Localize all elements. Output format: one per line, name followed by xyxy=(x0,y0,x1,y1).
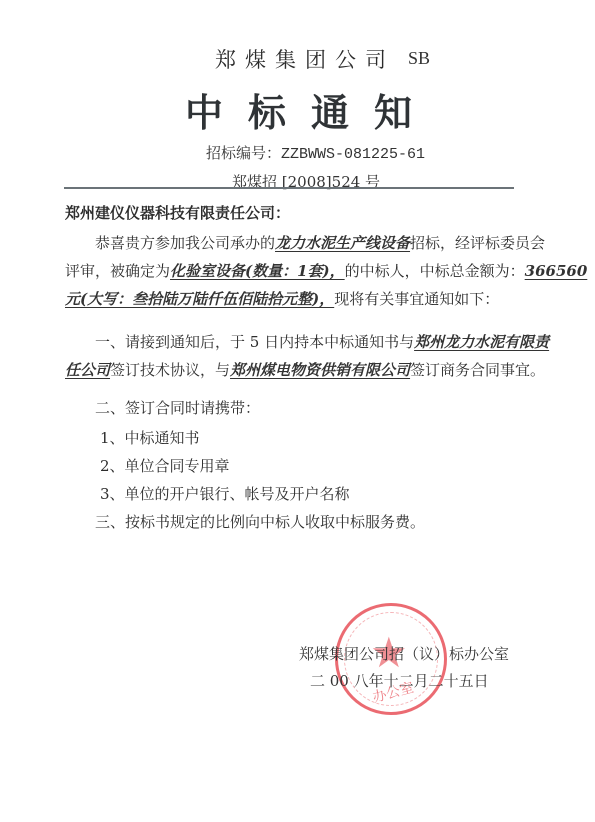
text: 的中标人，中标总金额为： xyxy=(345,262,525,280)
para1-line3: 元(大写：叁拾陆万陆仟伍佰陆拾元整)，现将有关事宜通知如下： xyxy=(65,290,499,308)
item3: 三、按标书规定的比例向中标人收取中标服务费。 xyxy=(95,513,425,531)
addressee: 郑州建仪仪器科技有限责任公司： xyxy=(65,204,290,222)
bid-number-value: ZZBWWS-081225-61 xyxy=(281,146,425,163)
item1-line1: 一、请接到通知后，于 5 日内持本中标通知书与郑州龙力水泥有限责 xyxy=(95,333,549,351)
text: 评审，被确定为 xyxy=(65,262,170,280)
item1-line2: 任公司签订技术协议，与郑州煤电物资供销有限公司签订商务合同事宜。 xyxy=(65,361,545,379)
subitem-3: 3、单位的开户银行、帐号及开户名称 xyxy=(100,485,350,503)
header-divider xyxy=(64,187,514,189)
text: 招标，经评标委员会 xyxy=(410,234,545,252)
company-2: 郑州煤电物资供销有限公司 xyxy=(230,361,410,379)
bid-number-label: 招标编号： xyxy=(206,144,281,162)
text: 一、请接到通知后，于 5 日内持本中标通知书与 xyxy=(95,333,414,351)
subitem-2: 2、单位合同专用章 xyxy=(100,457,230,475)
text: 签订技术协议，与 xyxy=(110,361,230,379)
text: 签订商务合同事宜。 xyxy=(410,361,545,379)
subitem-1: 1、中标通知书 xyxy=(100,429,200,447)
company-1-cont: 任公司 xyxy=(65,361,110,379)
para1-line2: 评审，被确定为化验室设备(数量：1套)，的中标人，中标总金额为：366560 xyxy=(65,262,587,280)
issue-date: 二 00 八年十二月二十五日 xyxy=(310,670,489,691)
org-suffix: SB xyxy=(408,48,430,69)
amount-words: 元(大写：叁拾陆万陆仟伍佰陆拾元整)， xyxy=(65,290,334,308)
company-1: 郑州龙力水泥有限责 xyxy=(414,333,549,351)
organization-name: 郑煤集团公司 xyxy=(215,44,395,74)
document-title: 中标通知 xyxy=(185,82,437,137)
project-name: 龙力水泥生产线设备 xyxy=(275,234,410,252)
award-amount: 366560 xyxy=(525,262,588,280)
text: 恭喜贵方参加我公司承办的 xyxy=(95,234,275,252)
item2: 二、签订合同时请携带： xyxy=(95,399,260,417)
text: 现将有关事宜通知如下： xyxy=(334,290,499,308)
lot-name: 化验室设备(数量：1套)， xyxy=(170,262,345,280)
para1-line1: 恭喜贵方参加我公司承办的龙力水泥生产线设备招标，经评标委员会 xyxy=(95,234,545,252)
bid-number: 招标编号：ZZBWWS-081225-61 xyxy=(206,142,425,163)
issuing-office: 郑煤集团公司招（议）标办公室 xyxy=(299,643,509,664)
